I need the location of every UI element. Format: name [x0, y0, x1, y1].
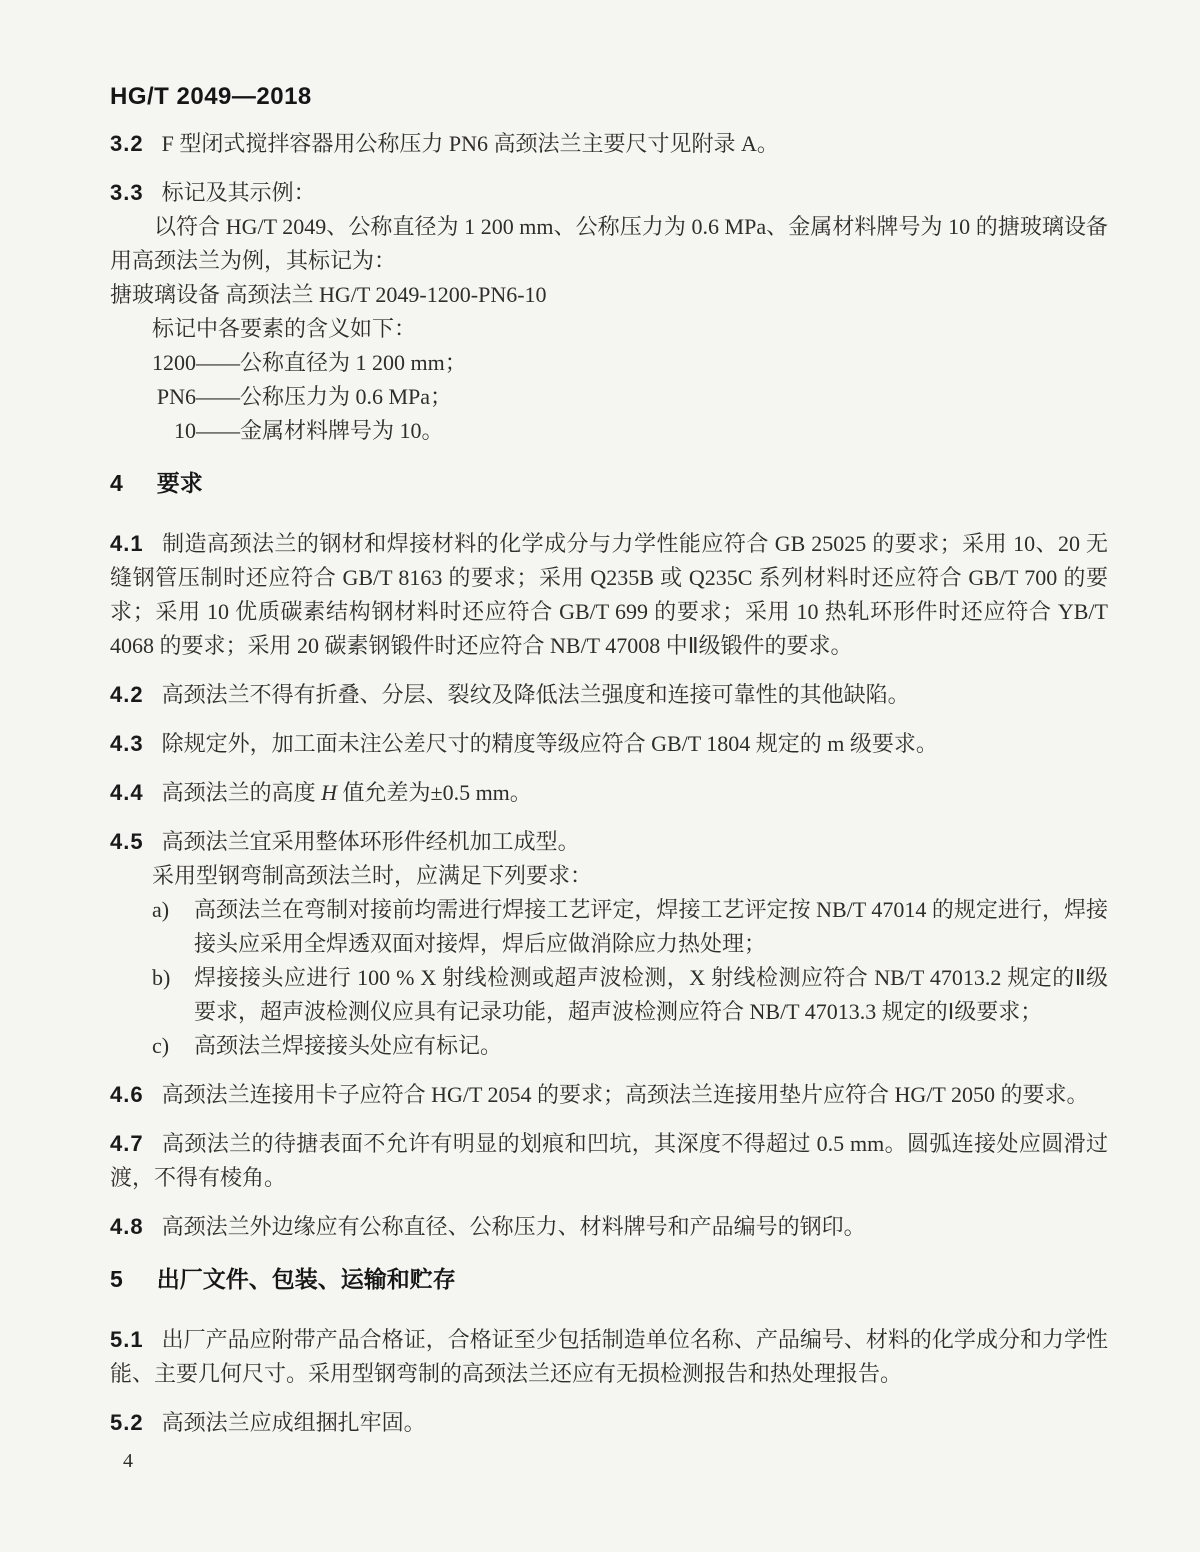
definition-term: 1200	[110, 346, 196, 380]
designation-example-line: 搪玻璃设备 高颈法兰 HG/T 2049-1200-PN6-10	[110, 278, 1108, 312]
document-page: HG/T 2049—2018 3.2F 型闭式搅拌容器用公称压力 PN6 高颈法…	[0, 0, 1200, 1552]
list-text: 高颈法兰在弯制对接前均需进行焊接工艺评定，焊接工艺评定按 NB/T 47014 …	[194, 893, 1108, 961]
clause-text: 出厂产品应附带产品合格证，合格证至少包括制造单位名称、产品编号、材料的化学成分和…	[110, 1327, 1108, 1386]
definition-term: PN6	[110, 380, 196, 414]
list-text: 焊接接头应进行 100 % X 射线检测或超声波检测，X 射线检测应符合 NB/…	[194, 961, 1108, 1029]
section-number: 5	[110, 1266, 124, 1292]
clause-4-7: 4.7高颈法兰的待搪表面不允许有明显的划痕和凹坑，其深度不得超过 0.5 mm。…	[110, 1127, 1108, 1195]
clause-text: 制造高颈法兰的钢材和焊接材料的化学成分与力学性能应符合 GB 25025 的要求…	[110, 531, 1108, 658]
list-marker: a)	[152, 893, 194, 961]
clause-number: 3.3	[110, 180, 144, 205]
definition-term: 10	[110, 414, 196, 448]
clause-text: 标记及其示例：	[162, 180, 316, 205]
clause-text: 高颈法兰外边缘应有公称直径、公称压力、材料牌号和产品编号的钢印。	[162, 1214, 866, 1239]
clause-4-4: 4.4高颈法兰的高度 H 值允差为±0.5 mm。	[110, 776, 1108, 810]
example-intro-paragraph: 以符合 HG/T 2049、公称直径为 1 200 mm、公称压力为 0.6 M…	[110, 210, 1108, 278]
clause-text-after: 值允差为±0.5 mm。	[337, 780, 532, 805]
definition-list: 1200——公称直径为 1 200 mm； PN6——公称压力为 0.6 MPa…	[110, 346, 1108, 448]
clause-number: 5.2	[110, 1410, 144, 1435]
document-body: 3.2F 型闭式搅拌容器用公称压力 PN6 高颈法兰主要尺寸见附录 A。 3.3…	[110, 127, 1108, 1476]
definition-dash: ——	[196, 384, 240, 409]
clause-4-6: 4.6高颈法兰连接用卡子应符合 HG/T 2054 的要求；高颈法兰连接用垫片应…	[110, 1078, 1108, 1112]
list-item-b: b)焊接接头应进行 100 % X 射线检测或超声波检测，X 射线检测应符合 N…	[110, 961, 1108, 1029]
definition-meaning: 公称直径为 1 200 mm；	[240, 350, 467, 375]
clause-number: 4.3	[110, 731, 144, 756]
clause-text: 高颈法兰的待搪表面不允许有明显的划痕和凹坑，其深度不得超过 0.5 mm。圆弧连…	[110, 1131, 1108, 1190]
clause-text: 除规定外，加工面未注公差尺寸的精度等级应符合 GB/T 1804 规定的 m 级…	[162, 731, 938, 756]
definition-dash: ——	[196, 350, 240, 375]
section-number: 4	[110, 470, 124, 496]
clause-3-3: 3.3标记及其示例：	[110, 176, 1108, 210]
definition-row-pn6: PN6——公称压力为 0.6 MPa；	[110, 380, 1108, 414]
clause-4-3: 4.3除规定外，加工面未注公差尺寸的精度等级应符合 GB/T 1804 规定的 …	[110, 727, 1108, 761]
clause-text: 高颈法兰连接用卡子应符合 HG/T 2054 的要求；高颈法兰连接用垫片应符合 …	[162, 1082, 1089, 1107]
list-marker: b)	[152, 961, 194, 1029]
clause-text: 高颈法兰不得有折叠、分层、裂纹及降低法兰强度和连接可靠性的其他缺陷。	[162, 682, 910, 707]
clause-4-5: 4.5高颈法兰宜采用整体环形件经机加工成型。	[110, 825, 1108, 859]
clause-3-2: 3.2F 型闭式搅拌容器用公称压力 PN6 高颈法兰主要尺寸见附录 A。	[110, 127, 1108, 161]
definition-meaning: 金属材料牌号为 10。	[240, 418, 444, 443]
clause-4-1: 4.1制造高颈法兰的钢材和焊接材料的化学成分与力学性能应符合 GB 25025 …	[110, 527, 1108, 663]
clause-number: 4.8	[110, 1214, 144, 1239]
clause-4-8: 4.8高颈法兰外边缘应有公称直径、公称压力、材料牌号和产品编号的钢印。	[110, 1210, 1108, 1244]
page-number: 4	[123, 1446, 1108, 1476]
list-item-a: a)高颈法兰在弯制对接前均需进行焊接工艺评定，焊接工艺评定按 NB/T 4701…	[110, 893, 1108, 961]
definition-row-1200: 1200——公称直径为 1 200 mm；	[110, 346, 1108, 380]
clause-number: 4.5	[110, 829, 144, 854]
section-title: 出厂文件、包装、运输和贮存	[157, 1266, 456, 1292]
clause-number: 4.7	[110, 1131, 144, 1156]
clause-5-1: 5.1出厂产品应附带产品合格证，合格证至少包括制造单位名称、产品编号、材料的化学…	[110, 1323, 1108, 1391]
clause-number: 5.1	[110, 1327, 144, 1352]
list-marker: c)	[152, 1029, 194, 1063]
clause-number: 4.2	[110, 682, 144, 707]
clause-4-2: 4.2高颈法兰不得有折叠、分层、裂纹及降低法兰强度和连接可靠性的其他缺陷。	[110, 678, 1108, 712]
section-4-heading: 4要求	[110, 468, 1108, 498]
clause-text-before: 高颈法兰的高度	[162, 780, 322, 805]
clause-4-5-list: a)高颈法兰在弯制对接前均需进行焊接工艺评定，焊接工艺评定按 NB/T 4701…	[110, 893, 1108, 1063]
variable-h: H	[321, 780, 337, 805]
section-title: 要求	[157, 470, 203, 496]
definition-dash: ——	[196, 418, 240, 443]
meaning-intro-line: 标记中各要素的含义如下：	[110, 312, 1108, 346]
clause-number: 4.1	[110, 531, 144, 556]
clause-4-5-sub-intro: 采用型钢弯制高颈法兰时，应满足下列要求：	[110, 859, 1108, 893]
definition-row-10: 10——金属材料牌号为 10。	[110, 414, 1108, 448]
clause-text: 高颈法兰应成组捆扎牢固。	[162, 1410, 426, 1435]
list-text: 高颈法兰焊接接头处应有标记。	[194, 1029, 1108, 1063]
definition-meaning: 公称压力为 0.6 MPa；	[240, 384, 452, 409]
clause-text: F 型闭式搅拌容器用公称压力 PN6 高颈法兰主要尺寸见附录 A。	[162, 131, 779, 156]
list-item-c: c)高颈法兰焊接接头处应有标记。	[110, 1029, 1108, 1063]
section-5-heading: 5出厂文件、包装、运输和贮存	[110, 1264, 1108, 1294]
clause-number: 4.4	[110, 780, 144, 805]
standard-number-header: HG/T 2049—2018	[110, 82, 1108, 112]
clause-number: 4.6	[110, 1082, 144, 1107]
clause-number: 3.2	[110, 131, 144, 156]
clause-text: 高颈法兰宜采用整体环形件经机加工成型。	[162, 829, 580, 854]
clause-5-2: 5.2高颈法兰应成组捆扎牢固。	[110, 1406, 1108, 1440]
